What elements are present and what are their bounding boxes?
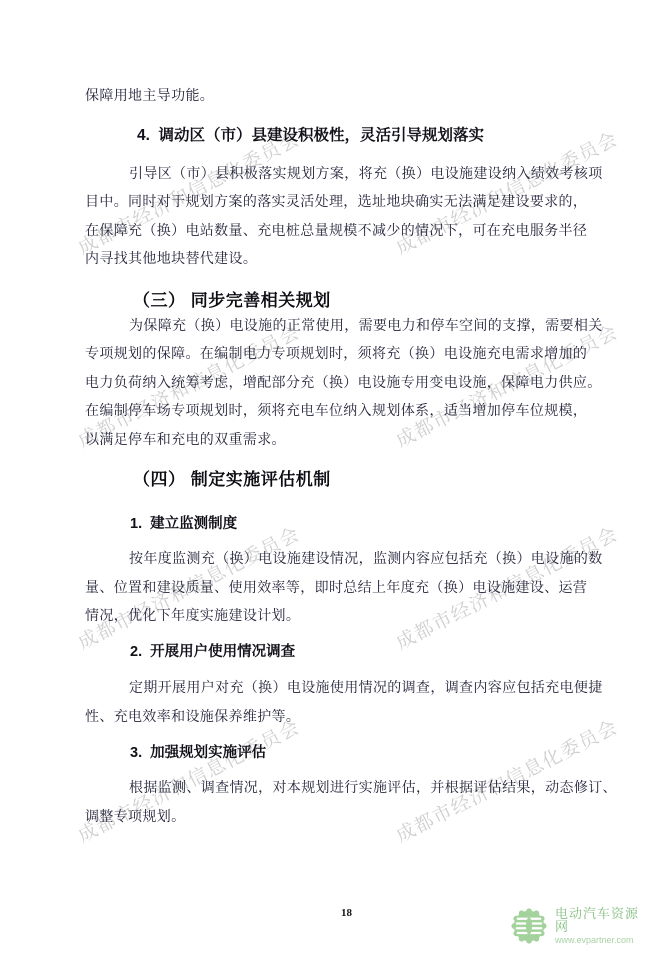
footer-logo: 电动汽车资源网 www.evpartner.com xyxy=(510,906,650,946)
heading-point-4: 4. 调动区（市）县建设积极性，灵活引导规划落实 xyxy=(137,125,601,146)
logo-site-name: 电动汽车资源网 xyxy=(555,907,650,934)
body-line: 专项规划的保障。在编制电力专项规划时，须将充（换）电设施充电需求增加的 xyxy=(85,341,601,370)
document-body: 保障用地主导功能。 4. 调动区（市）县建设积极性，灵活引导规划落实 引导区（市… xyxy=(85,0,601,832)
body-line: 性、充电效率和设施保养维护等。 xyxy=(85,704,601,733)
paragraph-sub-3: 根据监测、调查情况，对本规划进行实施评估，并根据评估结果，动态修订、 调整专项规… xyxy=(85,775,601,832)
body-line: 以满足停车和充电的双重需求。 xyxy=(85,427,601,456)
paragraph-continuation-line: 保障用地主导功能。 xyxy=(85,83,601,112)
heading-section-3: （三） 同步完善相关规划 xyxy=(133,289,601,312)
heading-sub-2: 2. 开展用户使用情况调查 xyxy=(130,642,601,662)
logo-site-url: www.evpartner.com xyxy=(555,936,650,945)
paragraph-sub-1: 按年度监测充（换）电设施建设情况，监测内容应包括充（换）电设施的数 量、位置和建… xyxy=(85,546,601,632)
body-line: 定期开展用户对充（换）电设施使用情况的调查，调查内容应包括充电便捷 xyxy=(85,675,601,704)
heading-sub-1: 1. 建立监测制度 xyxy=(130,514,601,534)
body-line: 根据监测、调查情况，对本规划进行实施评估，并根据评估结果，动态修订、 xyxy=(85,775,601,804)
body-line: 在编制停车场专项规划时，须将充电车位纳入规划体系，适当增加停车位规模， xyxy=(85,398,601,427)
page-number: 18 xyxy=(341,907,352,919)
heading-section-4: （四） 制定实施评估机制 xyxy=(133,468,601,491)
document-page: 成都市经济和信息化委员会 成都市经济和信息化委员会 成都市经济和信息化委员会 成… xyxy=(0,0,650,957)
green-seal-stripes-icon xyxy=(510,906,548,946)
body-line: 情况，优化下年度实施建设计划。 xyxy=(85,603,601,632)
body-line: 为保障充（换）电设施的正常使用，需要电力和停车空间的支撑，需要相关 xyxy=(85,313,601,342)
body-line: 按年度监测充（换）电设施建设情况，监测内容应包括充（换）电设施的数 xyxy=(85,546,601,575)
body-line: 目中。同时对于规划方案的落实灵活处理，选址地块确实无法满足建设要求的， xyxy=(85,189,601,218)
body-line: 内寻找其他地块替代建设。 xyxy=(85,246,601,275)
paragraph-point-4: 引导区（市）县积极落实规划方案，将充（换）电设施建设纳入绩效考核项 目中。同时对… xyxy=(85,161,601,275)
body-line: 调整专项规划。 xyxy=(85,804,601,833)
body-line: 量、位置和建设质量、使用效率等，即时总结上年度充（换）电设施建设、运营 xyxy=(85,575,601,604)
body-line: 引导区（市）县积极落实规划方案，将充（换）电设施建设纳入绩效考核项 xyxy=(85,161,601,190)
paragraph-sub-2: 定期开展用户对充（换）电设施使用情况的调查，调查内容应包括充电便捷 性、充电效率… xyxy=(85,675,601,732)
heading-sub-3: 3. 加强规划实施评估 xyxy=(130,743,601,763)
body-line: 电力负荷纳入统筹考虑，增配部分充（换）电设施专用变电设施，保障电力供应。 xyxy=(85,370,601,399)
body-line: 在保障充（换）电站数量、充电桩总量规模不减少的情况下，可在充电服务半径 xyxy=(85,218,601,247)
paragraph-section-3: 为保障充（换）电设施的正常使用，需要电力和停车空间的支撑，需要相关 专项规划的保… xyxy=(85,313,601,456)
